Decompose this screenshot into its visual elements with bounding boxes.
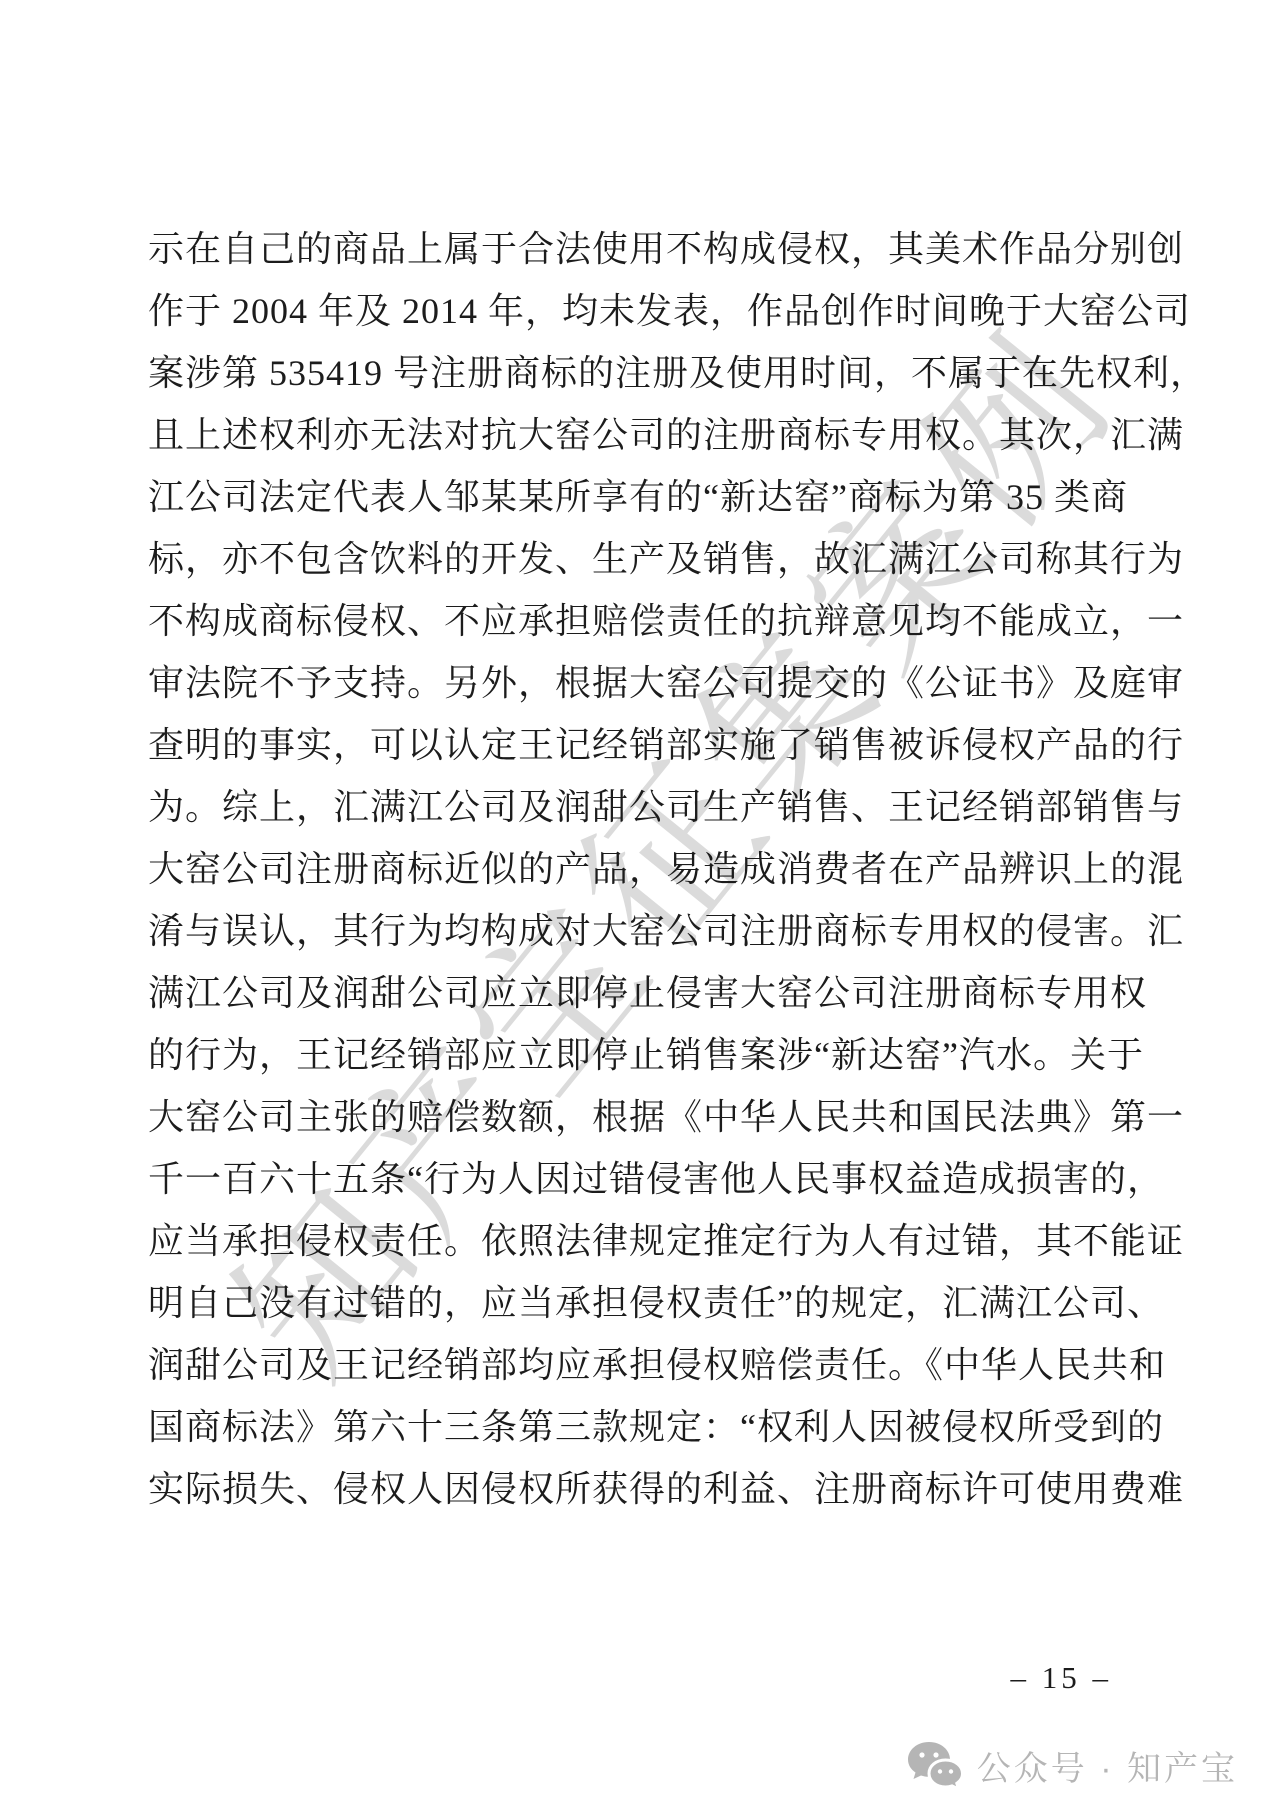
text-line: 满江公司及润甜公司应立即停止侵害大窑公司注册商标专用权 [148, 962, 1112, 1024]
document-page: 知产宝征集案例 示在自己的商品上属于合法使用不构成侵权，其美术作品分别创作于 2… [0, 0, 1280, 1810]
footer: 公众号 · 知产宝 [907, 1740, 1238, 1790]
text-line: 且上述权利亦无法对抗大窑公司的注册商标专用权。其次，汇满 [148, 404, 1112, 466]
wechat-icon [907, 1740, 963, 1790]
text-line: 国商标法》第六十三条第三款规定：“权利人因被侵权所受到的 [148, 1396, 1112, 1458]
text-line: 示在自己的商品上属于合法使用不构成侵权，其美术作品分别创 [148, 218, 1112, 280]
text-line: 查明的事实，可以认定王记经销部实施了销售被诉侵权产品的行 [148, 714, 1112, 776]
text-line: 标，亦不包含饮料的开发、生产及销售，故汇满江公司称其行为 [148, 528, 1112, 590]
text-line: 案涉第 535419 号注册商标的注册及使用时间，不属于在先权利， [148, 342, 1112, 404]
text-line: 润甜公司及王记经销部均应承担侵权赔偿责任。《中华人民共和 [148, 1334, 1112, 1396]
text-line: 实际损失、侵权人因侵权所获得的利益、注册商标许可使用费难 [148, 1458, 1112, 1520]
text-line: 淆与误认，其行为均构成对大窑公司注册商标专用权的侵害。汇 [148, 900, 1112, 962]
text-line: 的行为，王记经销部应立即停止销售案涉“新达窑”汽水。关于 [148, 1024, 1112, 1086]
text-line: 不构成商标侵权、不应承担赔偿责任的抗辩意见均不能成立，一 [148, 590, 1112, 652]
footer-label: 公众号 · 知产宝 [977, 1741, 1238, 1790]
page-number: – 15 – [148, 1660, 1112, 1696]
text-line: 明自己没有过错的，应当承担侵权责任”的规定，汇满江公司、 [148, 1272, 1112, 1334]
text-line: 千一百六十五条“行为人因过错侵害他人民事权益造成损害的， [148, 1148, 1112, 1210]
text-line: 应当承担侵权责任。依照法律规定推定行为人有过错，其不能证 [148, 1210, 1112, 1272]
text-line: 大窑公司注册商标近似的产品，易造成消费者在产品辨识上的混 [148, 838, 1112, 900]
text-line: 大窑公司主张的赔偿数额，根据《中华人民共和国民法典》第一 [148, 1086, 1112, 1148]
text-line: 为。综上，汇满江公司及润甜公司生产销售、王记经销部销售与 [148, 776, 1112, 838]
judgment-body-text: 示在自己的商品上属于合法使用不构成侵权，其美术作品分别创作于 2004 年及 2… [148, 218, 1112, 1520]
text-line: 审法院不予支持。另外，根据大窑公司提交的《公证书》及庭审 [148, 652, 1112, 714]
text-line: 作于 2004 年及 2014 年，均未发表，作品创作时间晚于大窑公司 [148, 280, 1112, 342]
text-line: 江公司法定代表人邹某某所享有的“新达窑”商标为第 35 类商 [148, 466, 1112, 528]
